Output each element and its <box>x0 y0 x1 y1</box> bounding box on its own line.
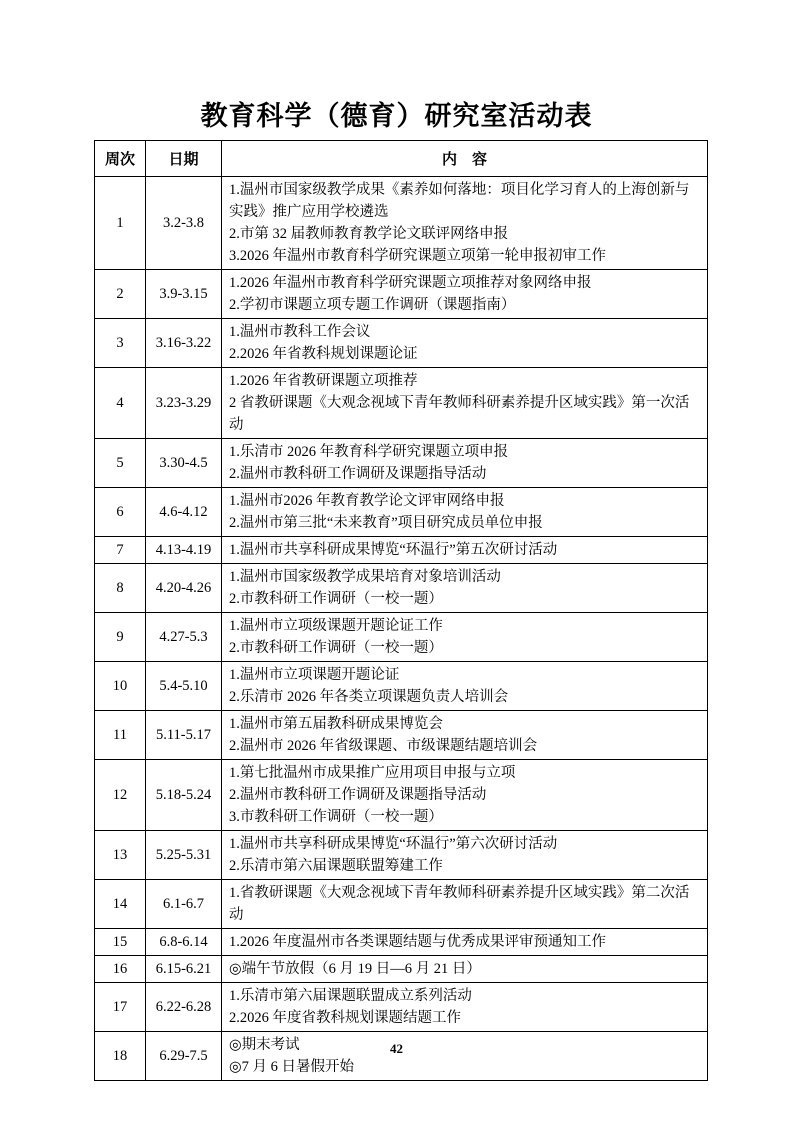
content-line: 1.乐清市第六届课题联盟成立系列活动 <box>229 985 700 1007</box>
content-line: 1.乐清市 2026 年教育科学研究课题立项申报 <box>229 441 700 463</box>
content-line: 1.省教研课题《大观念视域下青年教师科研素养提升区域实践》第二次活动 <box>229 882 700 926</box>
content-line: ◎端午节放假（6 月 19 日—6 月 21 日） <box>229 958 700 980</box>
content-line: 2.温州市教科研工作调研及课题指导活动 <box>229 784 700 806</box>
content-cell: 1.温州市2026 年教育教学论文评审网络申报2.温州市第三批“未来教育”项目研… <box>222 488 708 537</box>
date-cell: 5.18-5.24 <box>146 760 222 831</box>
table-row: 23.9-3.151.2026 年温州市教育科学研究课题立项推荐对象网络申报2.… <box>95 270 708 319</box>
content-cell: 1.温州市第五届教科研成果博览会2.温州市 2026 年省级课题、市级课题结题培… <box>222 711 708 760</box>
content-cell: 1.温州市国家级教学成果培育对象培训活动2.市教科研工作调研（一校一题） <box>222 564 708 613</box>
content-cell: 1.省教研课题《大观念视域下青年教师科研素养提升区域实践》第二次活动 <box>222 880 708 929</box>
content-line: 2.市第 32 届教师教育教学论文联评网络申报 <box>229 223 700 245</box>
content-line: 2.2026 年省教科规划课题论证 <box>229 343 700 365</box>
header-row: 周次 日期 内 容 <box>95 141 708 177</box>
week-cell: 1 <box>95 177 146 270</box>
table-row: 84.20-4.261.温州市国家级教学成果培育对象培训活动2.市教科研工作调研… <box>95 564 708 613</box>
table-row: 115.11-5.171.温州市第五届教科研成果博览会2.温州市 2026 年省… <box>95 711 708 760</box>
content-line: 1.2026 年省教研课题立项推荐 <box>229 370 700 392</box>
week-cell: 4 <box>95 368 146 439</box>
page-title: 教育科学（德育）研究室活动表 <box>0 94 793 133</box>
content-cell: 1.2026 年温州市教育科学研究课题立项推荐对象网络申报2.学初市课题立项专题… <box>222 270 708 319</box>
content-line: 3.2026 年温州市教育科学研究课题立项第一轮申报初审工作 <box>229 245 700 267</box>
week-cell: 13 <box>95 831 146 880</box>
table-row: 13.2-3.81.温州市国家级教学成果《素养如何落地：项目化学习育人的上海创新… <box>95 177 708 270</box>
col-header-date: 日期 <box>146 141 222 177</box>
week-cell: 16 <box>95 956 146 983</box>
col-header-content: 内 容 <box>222 141 708 177</box>
table-row: 74.13-4.191.温州市共享科研成果博览“环温行”第五次研讨活动 <box>95 537 708 564</box>
date-cell: 6.22-6.28 <box>146 983 222 1032</box>
content-line: 1.温州市2026 年教育教学论文评审网络申报 <box>229 490 700 512</box>
content-cell: 1.温州市教科工作会议2.2026 年省教科规划课题论证 <box>222 319 708 368</box>
content-cell: 1.温州市国家级教学成果《素养如何落地：项目化学习育人的上海创新与实践》推广应用… <box>222 177 708 270</box>
date-cell: 3.9-3.15 <box>146 270 222 319</box>
date-cell: 5.25-5.31 <box>146 831 222 880</box>
date-cell: 4.13-4.19 <box>146 537 222 564</box>
date-cell: 3.2-3.8 <box>146 177 222 270</box>
week-cell: 7 <box>95 537 146 564</box>
date-cell: 4.20-4.26 <box>146 564 222 613</box>
activity-table-container: 周次 日期 内 容 13.2-3.81.温州市国家级教学成果《素养如何落地：项目… <box>94 140 708 1081</box>
week-cell: 2 <box>95 270 146 319</box>
date-cell: 3.23-3.29 <box>146 368 222 439</box>
week-cell: 8 <box>95 564 146 613</box>
content-line: 2.温州市 2026 年省级课题、市级课题结题培训会 <box>229 735 700 757</box>
date-cell: 6.1-6.7 <box>146 880 222 929</box>
page-number: 42 <box>0 1041 793 1057</box>
table-row: 176.22-6.281.乐清市第六届课题联盟成立系列活动2.2026 年度省教… <box>95 983 708 1032</box>
content-line: 2.温州市第三批“未来教育”项目研究成员单位申报 <box>229 512 700 534</box>
content-cell: 1.温州市共享科研成果博览“环温行”第六次研讨活动2.乐清市第六届课题联盟筹建工… <box>222 831 708 880</box>
table-row: 43.23-3.291.2026 年省教研课题立项推荐2 省教研课题《大观念视域… <box>95 368 708 439</box>
content-cell: 1.2026 年省教研课题立项推荐2 省教研课题《大观念视域下青年教师科研素养提… <box>222 368 708 439</box>
content-line: 2.乐清市 2026 年各类立项课题负责人培训会 <box>229 686 700 708</box>
table-row: 64.6-4.121.温州市2026 年教育教学论文评审网络申报2.温州市第三批… <box>95 488 708 537</box>
week-cell: 15 <box>95 929 146 956</box>
content-line: 1.温州市第五届教科研成果博览会 <box>229 713 700 735</box>
content-line: 3.市教科研工作调研（一校一题） <box>229 806 700 828</box>
date-cell: 3.30-4.5 <box>146 439 222 488</box>
date-cell: 6.8-6.14 <box>146 929 222 956</box>
table-row: 105.4-5.101.温州市立项课题开题论证2.乐清市 2026 年各类立项课… <box>95 662 708 711</box>
content-cell: 1.2026 年度温州市各类课题结题与优秀成果评审预通知工作 <box>222 929 708 956</box>
table-row: 166.15-6.21◎端午节放假（6 月 19 日—6 月 21 日） <box>95 956 708 983</box>
week-cell: 10 <box>95 662 146 711</box>
content-cell: 1.温州市立项级课题开题论证工作2.市教科研工作调研（一校一题） <box>222 613 708 662</box>
date-cell: 4.27-5.3 <box>146 613 222 662</box>
date-cell: 3.16-3.22 <box>146 319 222 368</box>
content-line: 2.2026 年度省教科规划课题结题工作 <box>229 1007 700 1029</box>
week-cell: 11 <box>95 711 146 760</box>
content-cell: 1.温州市立项课题开题论证2.乐清市 2026 年各类立项课题负责人培训会 <box>222 662 708 711</box>
activity-table: 周次 日期 内 容 13.2-3.81.温州市国家级教学成果《素养如何落地：项目… <box>94 140 708 1081</box>
table-row: 125.18-5.241.第七批温州市成果推广应用项目申报与立项2.温州市教科研… <box>95 760 708 831</box>
content-line: 2.市教科研工作调研（一校一题） <box>229 588 700 610</box>
content-line: 1.2026 年度温州市各类课题结题与优秀成果评审预通知工作 <box>229 931 700 953</box>
content-line: 1.温州市立项级课题开题论证工作 <box>229 615 700 637</box>
date-cell: 5.11-5.17 <box>146 711 222 760</box>
table-row: 135.25-5.311.温州市共享科研成果博览“环温行”第六次研讨活动2.乐清… <box>95 831 708 880</box>
content-line: 1.温州市立项课题开题论证 <box>229 664 700 686</box>
week-cell: 12 <box>95 760 146 831</box>
table-body: 13.2-3.81.温州市国家级教学成果《素养如何落地：项目化学习育人的上海创新… <box>95 177 708 1081</box>
week-cell: 9 <box>95 613 146 662</box>
content-line: 2.温州市教科研工作调研及课题指导活动 <box>229 463 700 485</box>
content-line: 2.市教科研工作调研（一校一题） <box>229 637 700 659</box>
table-row: 53.30-4.51.乐清市 2026 年教育科学研究课题立项申报2.温州市教科… <box>95 439 708 488</box>
week-cell: 5 <box>95 439 146 488</box>
col-header-week: 周次 <box>95 141 146 177</box>
content-line: 2 省教研课题《大观念视域下青年教师科研素养提升区域实践》第一次活动 <box>229 392 700 436</box>
content-line: 1.温州市教科工作会议 <box>229 321 700 343</box>
week-cell: 14 <box>95 880 146 929</box>
content-line: 1.温州市国家级教学成果培育对象培训活动 <box>229 566 700 588</box>
week-cell: 6 <box>95 488 146 537</box>
content-cell: ◎端午节放假（6 月 19 日—6 月 21 日） <box>222 956 708 983</box>
table-row: 156.8-6.141.2026 年度温州市各类课题结题与优秀成果评审预通知工作 <box>95 929 708 956</box>
content-line: ◎7 月 6 日暑假开始 <box>229 1056 700 1078</box>
document-page: 教育科学（德育）研究室活动表 周次 日期 内 容 13.2-3.81.温州市国家… <box>0 0 793 1122</box>
content-cell: 1.温州市共享科研成果博览“环温行”第五次研讨活动 <box>222 537 708 564</box>
content-cell: 1.第七批温州市成果推广应用项目申报与立项2.温州市教科研工作调研及课题指导活动… <box>222 760 708 831</box>
table-row: 33.16-3.221.温州市教科工作会议2.2026 年省教科规划课题论证 <box>95 319 708 368</box>
content-cell: 1.乐清市第六届课题联盟成立系列活动2.2026 年度省教科规划课题结题工作 <box>222 983 708 1032</box>
content-line: 1.第七批温州市成果推广应用项目申报与立项 <box>229 762 700 784</box>
content-line: 2.乐清市第六届课题联盟筹建工作 <box>229 855 700 877</box>
content-line: 1.温州市共享科研成果博览“环温行”第六次研讨活动 <box>229 833 700 855</box>
content-line: 1.温州市国家级教学成果《素养如何落地：项目化学习育人的上海创新与实践》推广应用… <box>229 179 700 223</box>
week-cell: 3 <box>95 319 146 368</box>
table-row: 146.1-6.71.省教研课题《大观念视域下青年教师科研素养提升区域实践》第二… <box>95 880 708 929</box>
content-line: 1.温州市共享科研成果博览“环温行”第五次研讨活动 <box>229 539 700 561</box>
content-line: 1.2026 年温州市教育科学研究课题立项推荐对象网络申报 <box>229 272 700 294</box>
date-cell: 6.15-6.21 <box>146 956 222 983</box>
week-cell: 17 <box>95 983 146 1032</box>
date-cell: 4.6-4.12 <box>146 488 222 537</box>
table-row: 94.27-5.31.温州市立项级课题开题论证工作2.市教科研工作调研（一校一题… <box>95 613 708 662</box>
date-cell: 5.4-5.10 <box>146 662 222 711</box>
content-cell: 1.乐清市 2026 年教育科学研究课题立项申报2.温州市教科研工作调研及课题指… <box>222 439 708 488</box>
content-line: 2.学初市课题立项专题工作调研（课题指南） <box>229 294 700 316</box>
